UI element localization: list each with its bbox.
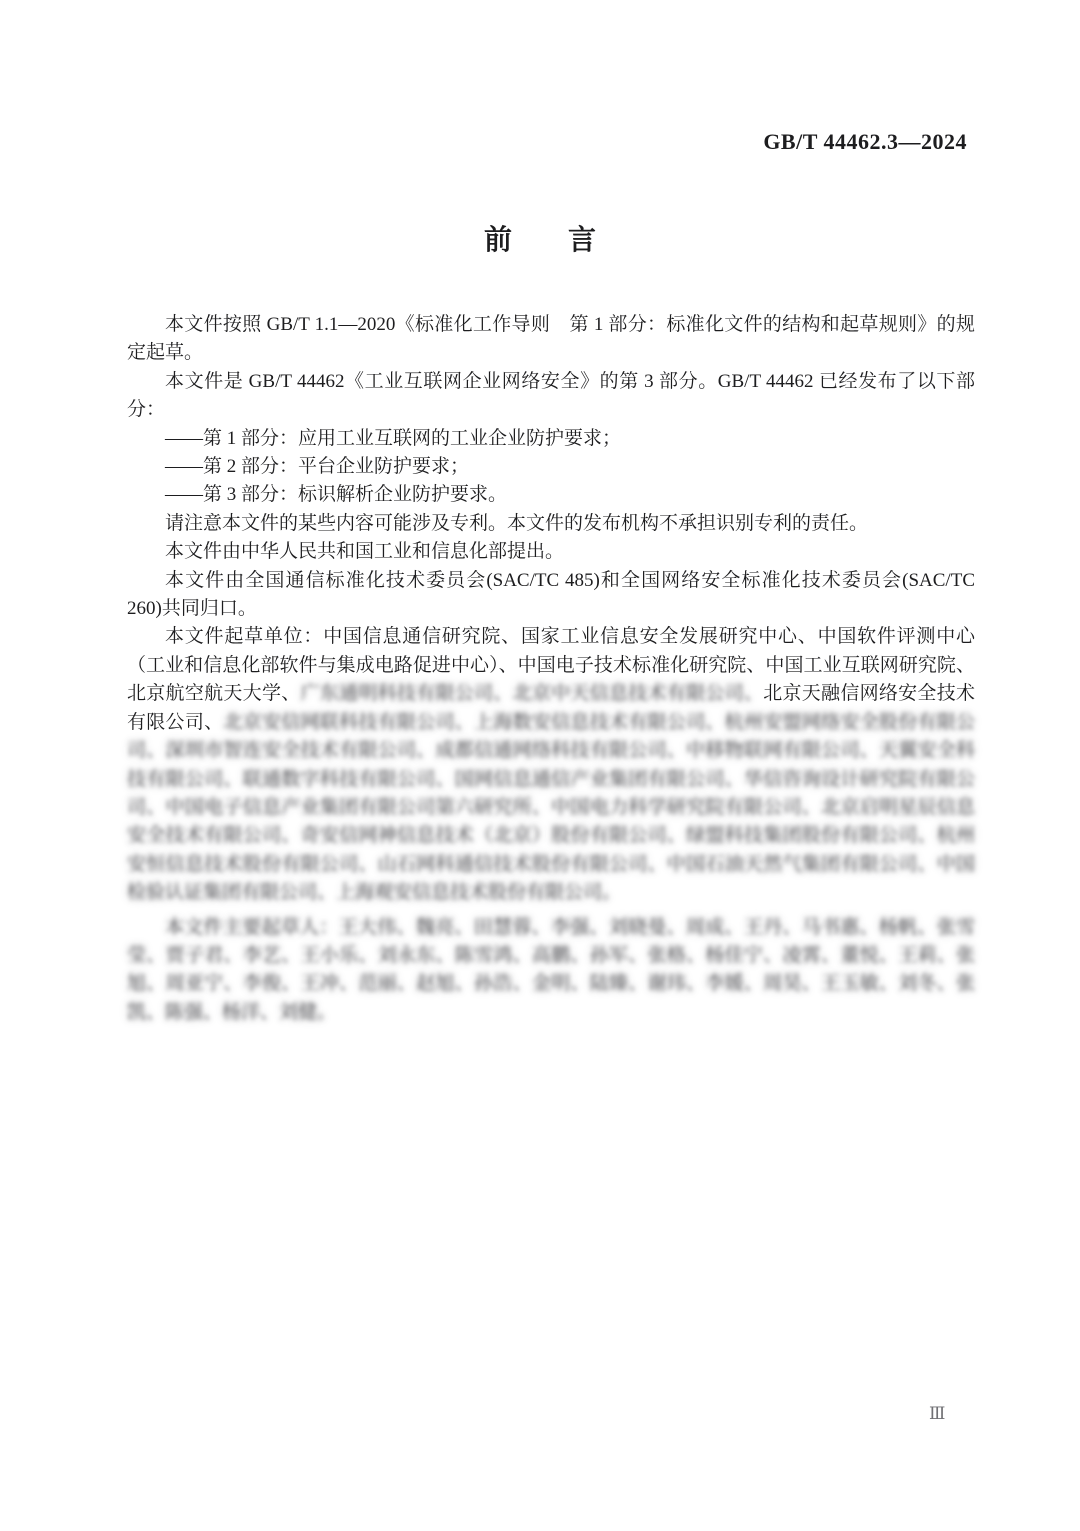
- list-item-part-3: ——第 3 部分：标识解析企业防护要求。: [127, 481, 975, 509]
- foreword-content: 本文件按照 GB/T 1.1—2020《标准化工作导则 第 1 部分：标准化文件…: [127, 311, 975, 1027]
- document-page: GB/T 44462.3—2024 前 言 本文件按照 GB/T 1.1—202…: [0, 0, 1080, 1531]
- orgs-blurred-segment-1: 广东通明科技有限公司、北京中天信息技术有限公司、: [301, 683, 764, 704]
- paragraph-drafting-organizations: 本文件起草单位：中国信息通信研究院、国家工业信息安全发展研究中心、中国软件评测中…: [127, 623, 975, 907]
- list-item-part-1: ——第 1 部分：应用工业互联网的工业企业防护要求；: [127, 425, 975, 453]
- drafters-blurred-text: 本文件主要起草人：王大伟、魏亮、田慧蓉、李强、刘晓曼、周成、王丹、马书惠、杨帆、…: [127, 917, 975, 1023]
- standard-number: GB/T 44462.3—2024: [763, 129, 967, 155]
- page-number: Ⅲ: [929, 1404, 945, 1424]
- list-item-part-2: ——第 2 部分：平台企业防护要求；: [127, 453, 975, 481]
- orgs-blurred-segment-2: 北京安信网联科技有限公司、上海数安信息技术有限公司、杭州安盟网络安全股份有限公司…: [127, 712, 975, 903]
- paragraph-series-intro: 本文件是 GB/T 44462《工业互联网企业网络安全》的第 3 部分。GB/T…: [127, 368, 975, 425]
- paragraph-patent-notice: 请注意本文件的某些内容可能涉及专利。本文件的发布机构不承担识别专利的责任。: [127, 510, 975, 538]
- paragraph-drafting-rules: 本文件按照 GB/T 1.1—2020《标准化工作导则 第 1 部分：标准化文件…: [127, 311, 975, 368]
- paragraph-proposed-by: 本文件由中华人民共和国工业和信息化部提出。: [127, 538, 975, 566]
- page-title: 前 言: [0, 218, 1080, 258]
- paragraph-main-drafters: 本文件主要起草人：王大伟、魏亮、田慧蓉、李强、刘晓曼、周成、王丹、马书惠、杨帆、…: [127, 914, 975, 1028]
- paragraph-centralized-by: 本文件由全国通信标准化技术委员会(SAC/TC 485)和全国网络安全标准化技术…: [127, 567, 975, 624]
